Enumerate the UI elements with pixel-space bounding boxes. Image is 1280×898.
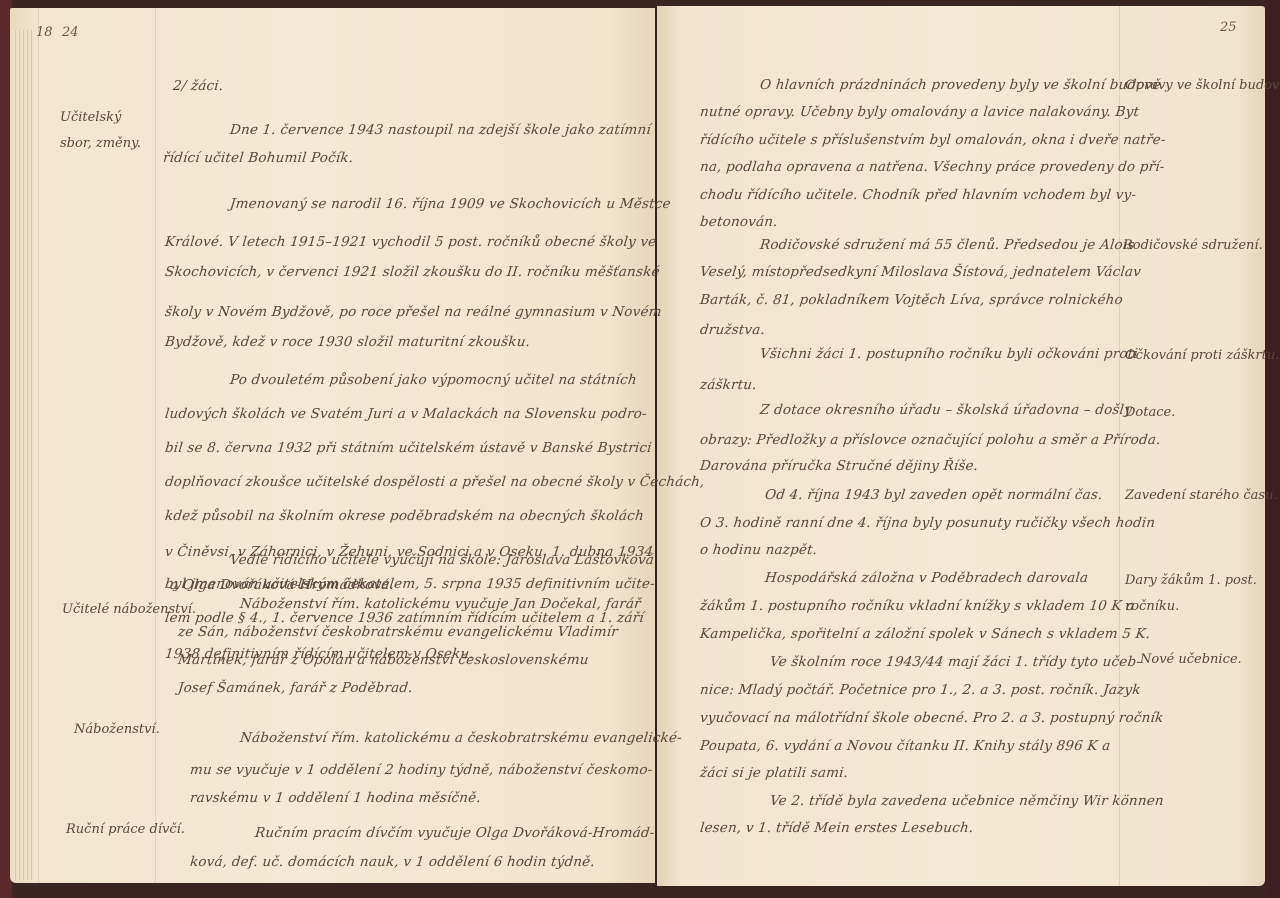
handwritten-line: nutné opravy. Učebny byly omalovány a la…	[699, 104, 1140, 120]
handwritten-line: bil se 8. června 1932 při státním učitel…	[164, 440, 652, 456]
handwritten-line: betonován.	[699, 214, 778, 230]
handwritten-line: Veselý, místopředsedkyní Miloslava Šísto…	[699, 264, 1142, 280]
handwritten-line: Skochovicích, v červenci 1921 složil zko…	[164, 264, 660, 280]
margin-note: Učitelský sbor, změny.	[60, 105, 150, 157]
handwritten-line: Králové. V letech 1915–1921 vychodil 5 p…	[164, 234, 657, 250]
handwritten-line: družstva.	[699, 322, 766, 338]
handwritten-line: Náboženství řím. katolickému a českobrat…	[239, 730, 683, 746]
handwritten-line: Barták, č. 81, pokladníkem Vojtěch Líva,…	[699, 292, 1124, 308]
handwritten-line: Vedle řídícího učitele vyučují na škole:…	[229, 552, 655, 568]
handwritten-line: obrazy: Předložky a příslovce označující…	[699, 432, 1161, 448]
handwritten-line: žákům 1. postupního ročníku vkladní kníž…	[699, 598, 1135, 614]
handwritten-line: Všichni žáci 1. postupního ročníku byli …	[759, 346, 1139, 362]
handwritten-line: záškrtu.	[699, 377, 757, 393]
handwritten-line: nice: Mladý počtář. Početnice pro 1., 2.…	[699, 682, 1141, 698]
handwritten-line: Josef Šamánek, farář z Poděbrad.	[177, 680, 413, 696]
margin-note: Ruční práce dívčí.	[66, 822, 185, 837]
margin-note: Zavedení starého času.	[1125, 488, 1278, 503]
margin-note: Dary žákům 1. post. ročníku.	[1125, 568, 1265, 620]
handwritten-line: Ve 2. třídě byla zavedena učebnice němči…	[769, 793, 1165, 809]
handwritten-line: Kampelička, spořitelní a záložní spolek …	[699, 626, 1151, 642]
handwritten-line: kdež působil na školním okrese poděbrads…	[164, 508, 645, 524]
handwritten-line: ravskému v 1 oddělení 1 hodina měsíčně.	[189, 790, 482, 806]
handwritten-line: Darována příručka Stručné dějiny Říše.	[699, 458, 979, 474]
handwritten-line: Z dotace okresního úřadu – školská úřado…	[759, 402, 1133, 418]
handwritten-line: Bydžově, kdež v roce 1930 složil maturit…	[164, 334, 531, 350]
page-number-right: 25	[1220, 20, 1237, 35]
section-heading: 2/ žáci.	[172, 78, 224, 94]
margin-note: Náboženství.	[74, 722, 160, 737]
handwritten-line: vyučovací na málotřídní škole obecné. Pr…	[699, 710, 1164, 726]
handwritten-line: mu se vyučuje v 1 oddělení 2 hodiny týdn…	[189, 762, 653, 778]
margin-note: Dotace.	[1125, 405, 1175, 420]
handwritten-line: Ručním pracím dívčím vyučuje Olga Dvořák…	[254, 825, 655, 841]
handwritten-line: Po dvouletém působení jako výpomocný uči…	[229, 372, 638, 388]
handwritten-line: řídící učitel Bohumil Počík.	[162, 150, 354, 166]
margin-note: Rodičovské sdružení.	[1123, 238, 1263, 253]
handwritten-line: o hodinu nazpět.	[699, 542, 818, 558]
stamp-number: 18	[36, 25, 53, 40]
handwritten-line: řídícího učitele s příslušenstvím byl om…	[699, 132, 1166, 148]
handwritten-line: Dne 1. července 1943 nastoupil na zdejší…	[229, 122, 652, 138]
page-edges-stack	[12, 30, 34, 880]
margin-note: Očkování proti záškrtu.	[1125, 348, 1279, 363]
handwritten-line: Poupata, 6. vydání a Novou čítanku II. K…	[699, 738, 1111, 754]
handwritten-line: lesen, v 1. třídě Mein erstes Lesebuch.	[699, 820, 974, 836]
page-edge-line	[38, 8, 39, 883]
handwritten-line: na, podlaha opravena a natřena. Všechny …	[699, 159, 1165, 175]
handwritten-line: Martínek, farář z Opolan a náboženství č…	[177, 652, 589, 668]
book-cover-edge-right	[1266, 0, 1280, 898]
handwritten-line: Hospodářská záložna v Poděbradech darova…	[764, 570, 1089, 586]
handwritten-line: O 3. hodině ranní dne 4. října byly posu…	[699, 515, 1156, 531]
handwritten-line: doplňovací zkoušce učitelské dospělosti …	[164, 474, 705, 490]
page-number-left: 24	[62, 25, 79, 40]
handwritten-line: žáci si je platili sami.	[699, 765, 849, 781]
handwritten-line: Ve školním roce 1943/44 mají žáci 1. tří…	[769, 654, 1142, 670]
handwritten-line: ze Sán, náboženství českobratrskému evan…	[177, 624, 619, 640]
handwritten-line: Náboženství řím. katolickému vyučuje Jan…	[239, 596, 642, 612]
handwritten-line: školy v Novém Bydžově, po roce přešel na…	[164, 304, 662, 320]
margin-note: Nové učebnice.	[1140, 652, 1242, 667]
handwritten-line: ludových školách ve Svatém Juri a v Mala…	[164, 406, 647, 422]
handwritten-line: ková, def. uč. domácích nauk, v 1 odděle…	[189, 854, 596, 870]
handwritten-line: Jmenovaný se narodil 16. října 1909 ve S…	[229, 196, 671, 212]
handwritten-line: Od 4. října 1943 byl zaveden opět normál…	[764, 487, 1103, 503]
handwritten-line: O hlavních prázdninách provedeny byly ve…	[759, 77, 1161, 93]
handwritten-line: chodu řídícího učitele. Chodník před hla…	[699, 187, 1137, 203]
handwritten-line: a Olga Dvořáková-Hromádková.	[169, 577, 395, 593]
handwritten-line: Rodičovské sdružení má 55 členů. Předsed…	[759, 237, 1135, 253]
margin-rule	[155, 8, 156, 883]
